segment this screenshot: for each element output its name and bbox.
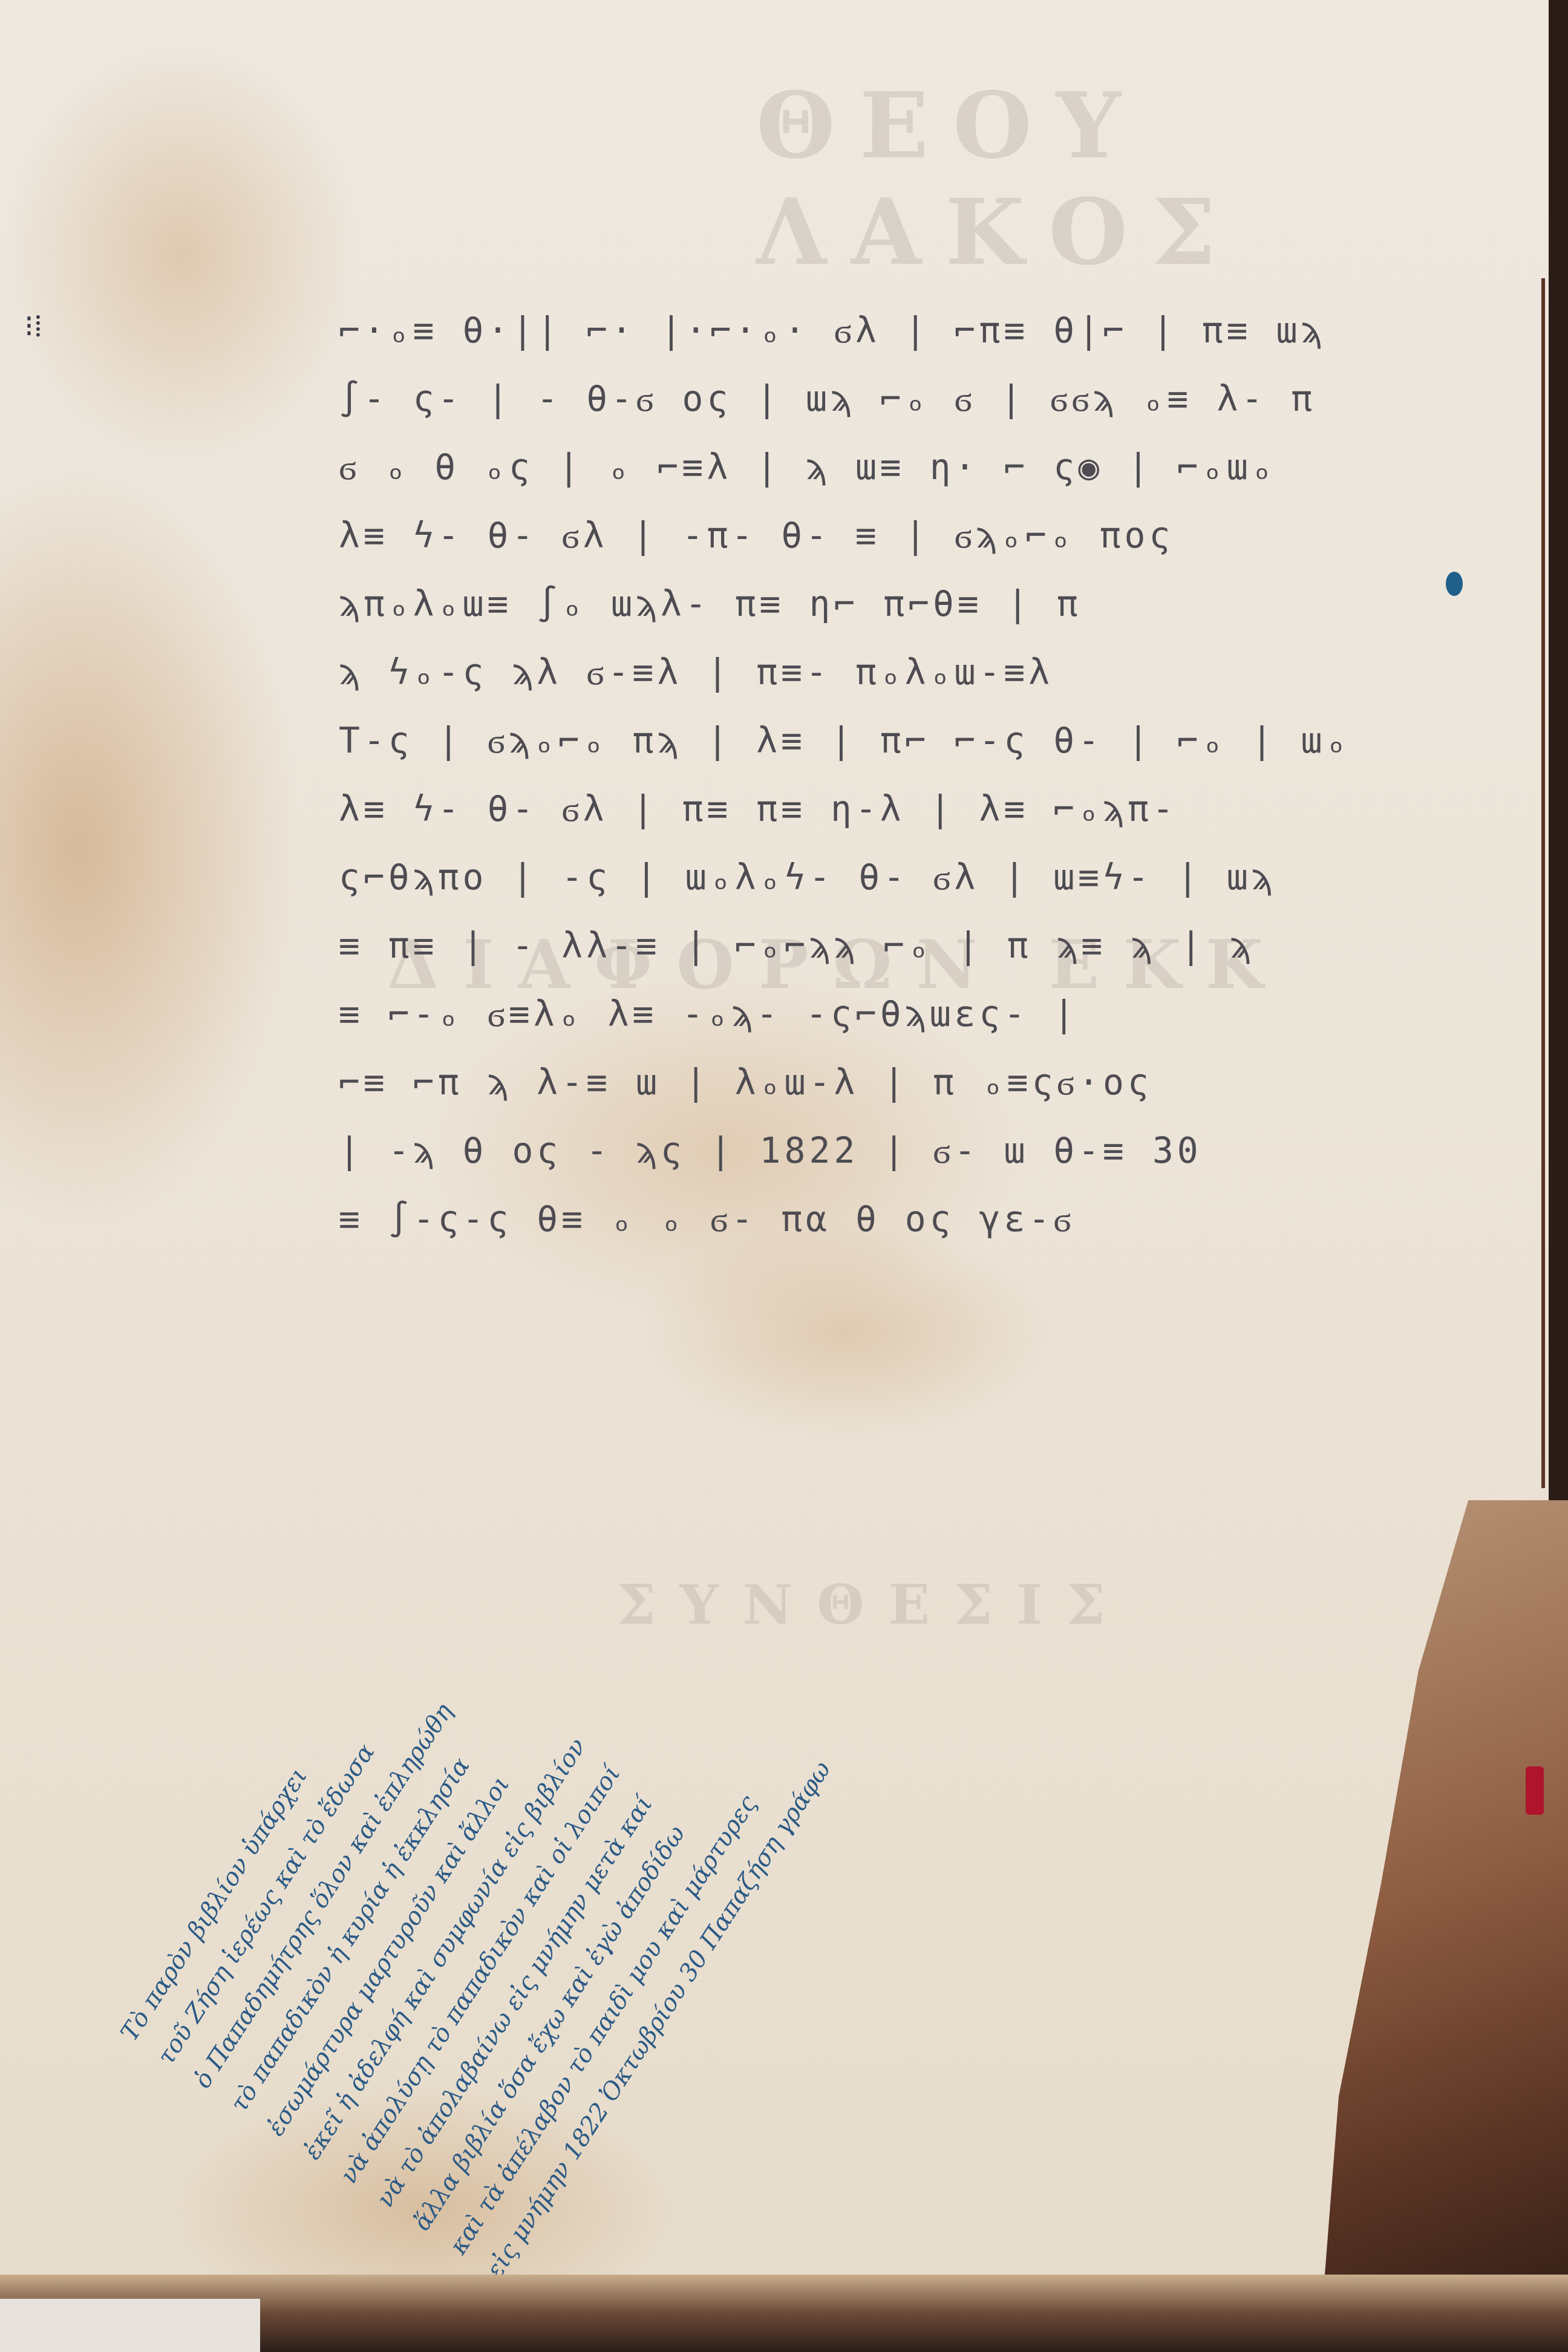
ink-blot-icon (1446, 572, 1463, 596)
bleed-through-title: ΘΕΟΥ ΛΑΚΟΣ (756, 73, 1549, 286)
notation-line: ⌐·ₒ≡ θ·|| ⌐· |·⌐·ₒ· ϭλ | ⌐π≡ θ|⌐ | π≡ ɯϡ (339, 296, 1537, 365)
page-edge-binding (1541, 278, 1545, 1488)
margin-mark: ⁝⁞ (24, 309, 42, 344)
notation-line: ∫‐ ς‐ | ‐ θ‐ϭ ος | ɯϡ ⌐ₒ ϭ | ϭϭϡ ₒ≡ λ‐ π (339, 365, 1537, 433)
greek-inscription: Τὸ παρὸν βιβλίον ὑπάρχει τοῦ Ζήση ἱερέως… (109, 1316, 972, 2287)
notation-line: ≡ ⌐‐ₒ ϭ≡λₒ λ≡ ‐ₒϡ‐ ‐ς⌐θϡɯες‐ | (339, 980, 1537, 1048)
notation-line: ϡπₒλₒɯ≡ ∫ₒ ɯϡλ‐ π≡ η⌐ π⌐θ≡ | π (339, 570, 1537, 638)
neume-notation-block: ⌐·ₒ≡ θ·|| ⌐· |·⌐·ₒ· ϭλ | ⌐π≡ θ|⌐ | π≡ ɯϡ… (339, 296, 1537, 1253)
bottom-page-edge (0, 2275, 1568, 2352)
notation-line: λ≡ ϟ‐ θ‐ ϭλ | ‐π‐ θ‐ ≡ | ϭϡₒ⌐ₒ πος (339, 501, 1537, 570)
notation-line: ϡ ϟₒ‐ς ϡλ ϭ‐≡λ | π≡‐ πₒλₒɯ‐≡λ (339, 638, 1537, 707)
notation-line: λ≡ ϟ‐ θ‐ ϭλ | π≡ π≡ η‐λ | λ≡ ⌐ₒϡπ‐ (339, 775, 1537, 843)
binding-thread (1526, 1766, 1544, 1815)
notation-line: ≡ π≡ | ‐ λλ‐≡ | ⌐ₒ⌐ϡϡ ⌐ₒ | π ϡ≡ ϡ | ϡ (339, 912, 1537, 980)
manuscript-page: ΘΕΟΥ ΛΑΚΟΣ ΔΙΑΦΟΡΩΝ ΕΚΚ ΣΥΝΘΕΣΙΣ ⁝⁞ ⌐·ₒ≡… (0, 0, 1549, 2299)
backdrop (0, 2299, 260, 2352)
notation-line: Τ‐ς | ϭϡₒ⌐ₒ πϡ | λ≡ | π⌐ ⌐‐ς θ‐ | ⌐ₒ | ɯ… (339, 707, 1537, 775)
notation-line: ≡ ∫‐ς‐ς θ≡ ₒ ₒ ϭ‐ πα θ ος γε‐ϭ (339, 1185, 1537, 1253)
notation-line: ⌐≡ ⌐π ϡ λ‐≡ ɯ | λₒɯ‐λ | π ₒ≡ςϭ·ος (339, 1048, 1537, 1117)
notation-line: ϭ ₒ θ ₒς | ₒ ⌐≡λ | ϡ ɯ≡ η· ⌐ ς◉ | ⌐ₒɯₒ (339, 433, 1537, 501)
notation-line: ς⌐θϡπο | ‐ς | ɯₒλₒϟ‐ θ‐ ϭλ | ɯ≡ϟ‐ | ɯϡ (339, 843, 1537, 912)
notation-line: | ‐ϡ θ ος ‐ ϡς | 1822 | ϭ‐ ɯ θ‐≡ 30 (339, 1117, 1537, 1185)
